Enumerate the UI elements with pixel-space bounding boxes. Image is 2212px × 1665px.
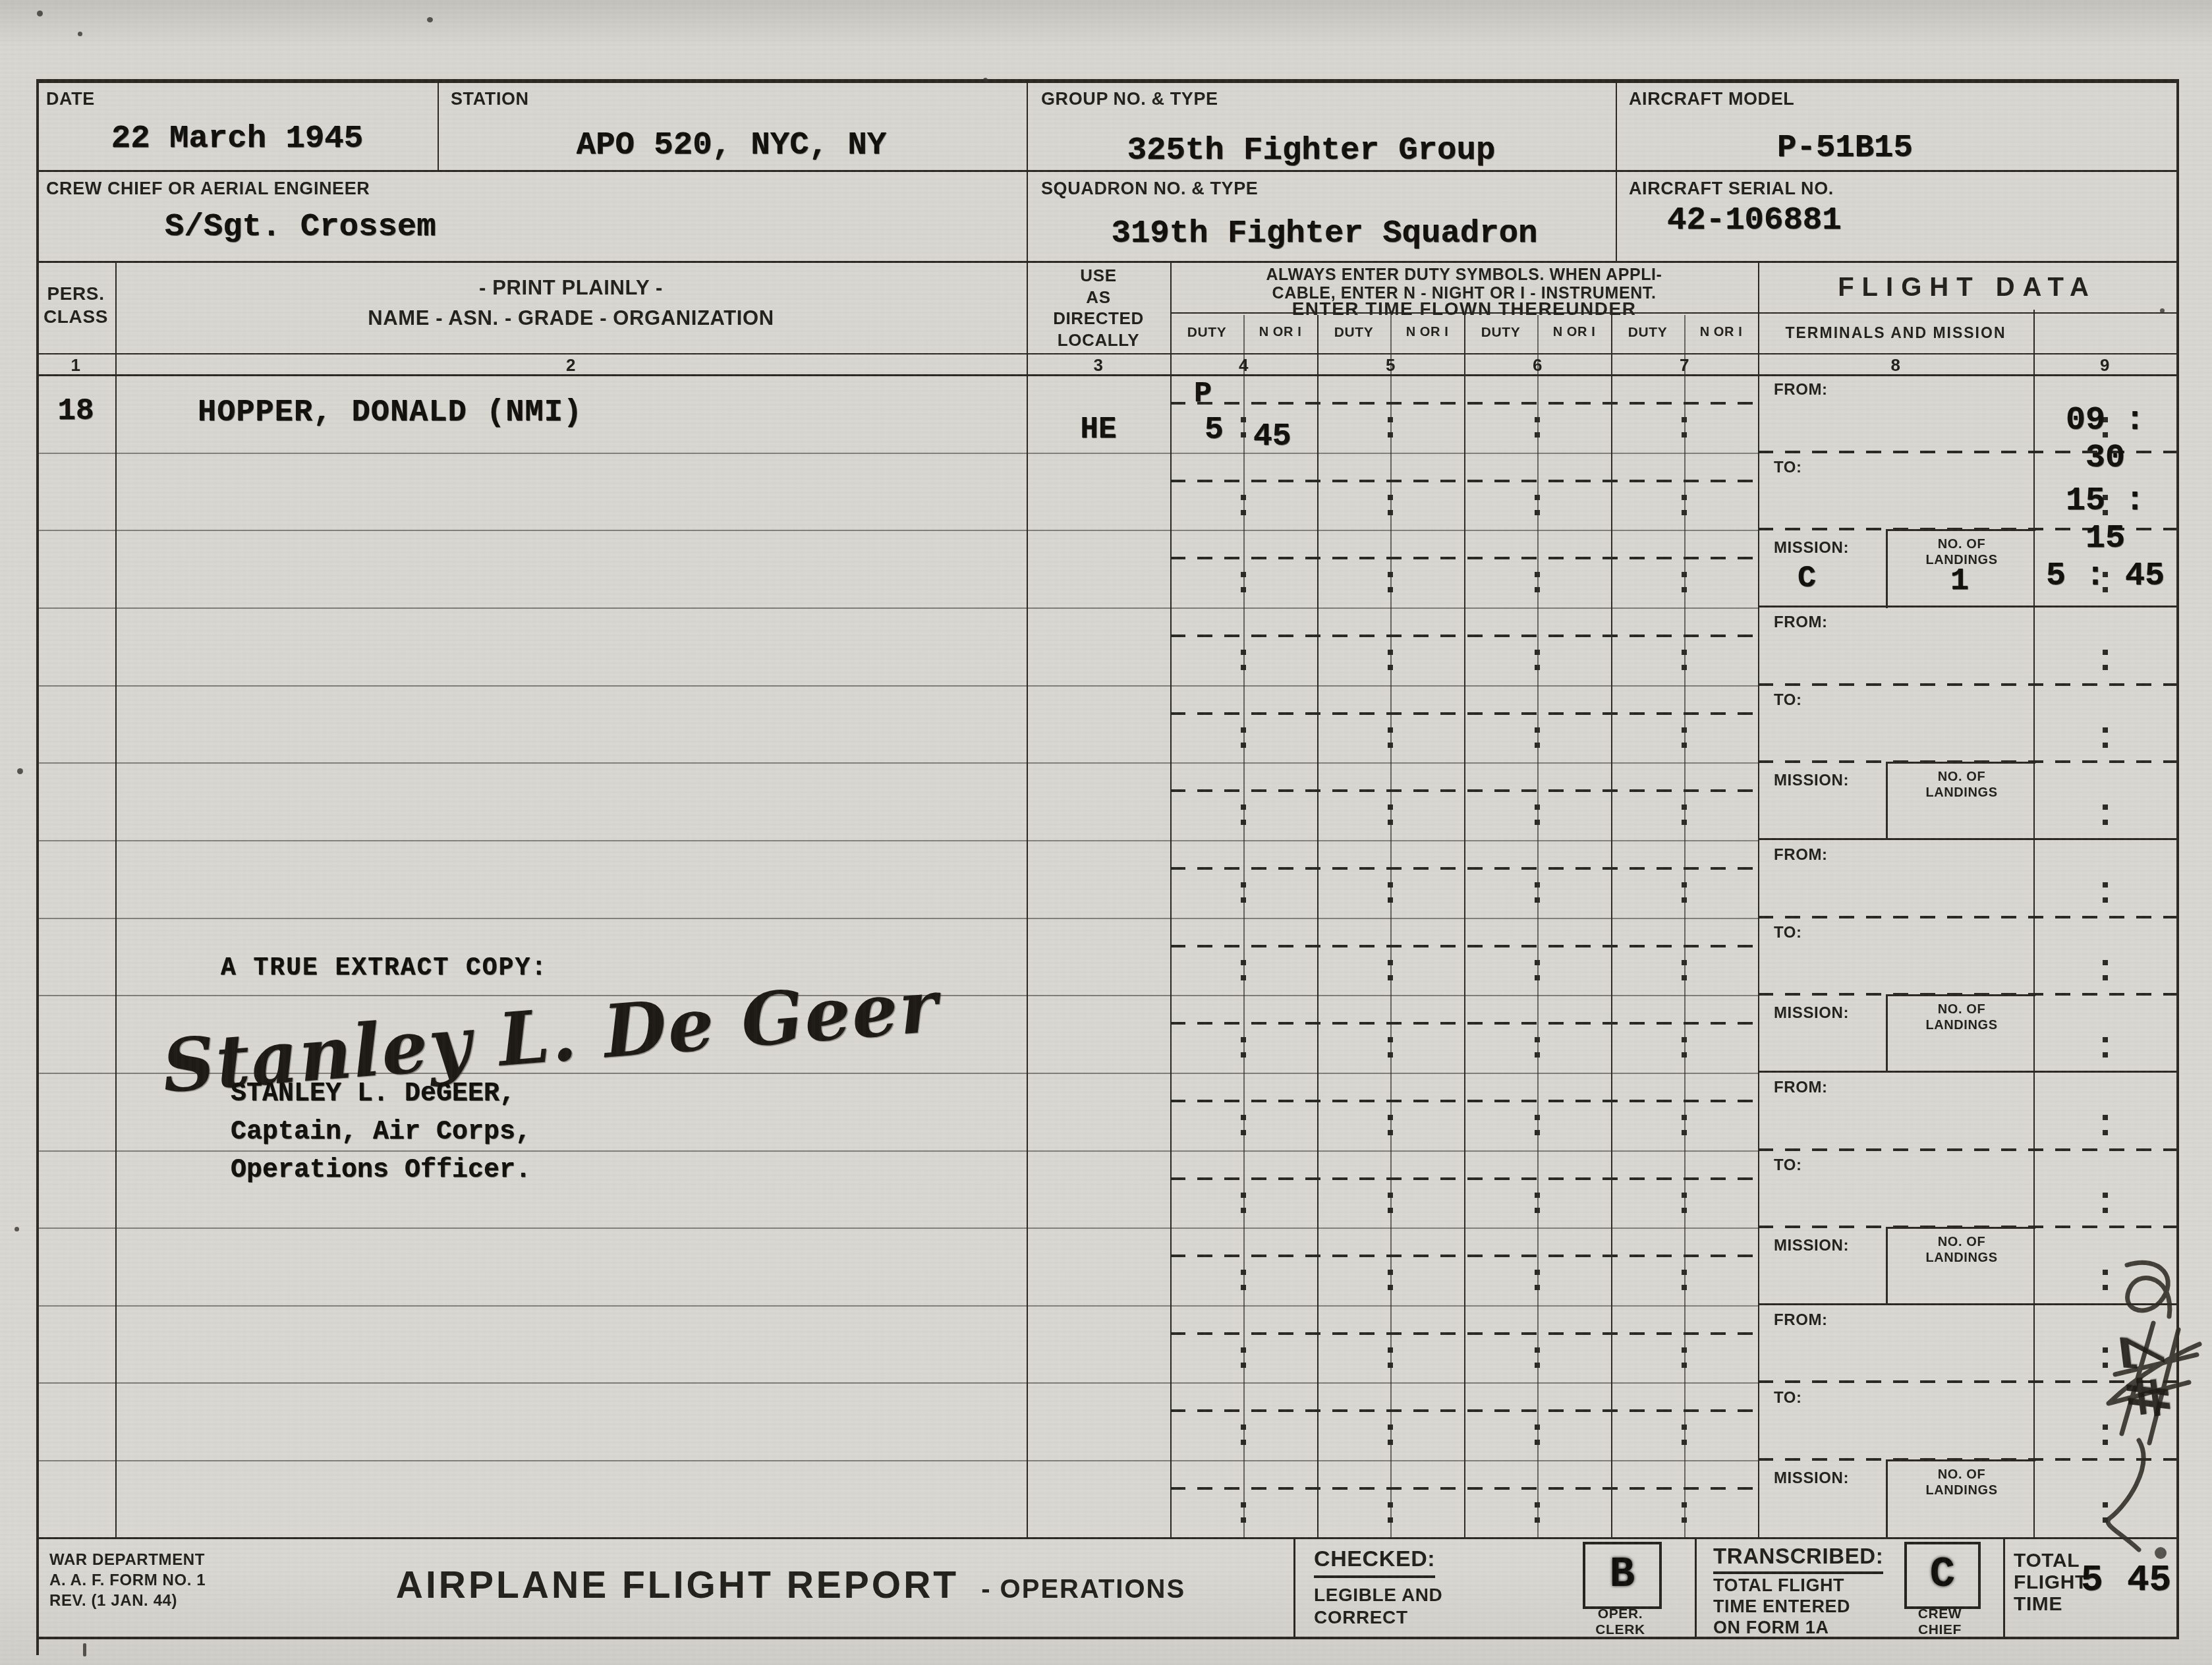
colon-dots <box>1388 376 1393 1537</box>
col-number-1: 1 <box>36 355 115 376</box>
local-use-line2: AS <box>1027 287 1170 308</box>
dashed-line <box>1170 557 1758 559</box>
mission-label: MISSION: <box>1774 772 1849 791</box>
pers-class-line1: PERS. <box>36 282 115 305</box>
col-number-5: 5 <box>1317 355 1464 376</box>
v-line <box>1293 1537 1295 1637</box>
oper-clerk-label-line2: CLERK <box>1577 1622 1663 1638</box>
dashed-line <box>1170 1332 1758 1335</box>
speck <box>2160 308 2165 313</box>
h-line <box>36 261 2176 263</box>
to-label: TO: <box>1774 924 1802 943</box>
entry-from-time: 09 : 30 <box>2036 402 2174 477</box>
nori-subheader: N OR I <box>1243 324 1317 340</box>
pers-class-line2: CLASS <box>36 305 115 328</box>
form-id-line1: WAR DEPARTMENT <box>49 1550 206 1570</box>
transcribed-label: TRANSCRIBED: <box>1713 1543 1883 1574</box>
extract-copy-heading: A TRUE EXTRACT COPY: <box>221 954 548 982</box>
aircraft-serial-label: AIRCRAFT SERIAL NO. <box>1629 178 1834 199</box>
col-number-7: 7 <box>1611 355 1758 376</box>
aircraft-model-value: P-51B15 <box>1687 129 2003 166</box>
v-line <box>1616 80 1617 261</box>
local-use-line4: LOCALLY <box>1027 329 1170 351</box>
crew-chief-label: CREW CHIEF <box>1899 1606 1981 1638</box>
colon-dots <box>1682 376 1687 1537</box>
transcribed-line3: ON FORM 1A <box>1713 1617 1829 1638</box>
duty-subheader: DUTY <box>1611 324 1684 341</box>
signer-typed-name: STANLEY L. DeGEER, <box>231 1079 515 1109</box>
landings-label-line1: NO. OF <box>1888 1234 2035 1250</box>
speck <box>2155 1547 2167 1559</box>
dashed-line <box>1170 867 1758 870</box>
col-number-4: 4 <box>1170 355 1317 376</box>
oper-clerk-initial: B <box>1610 1552 1635 1599</box>
to-label: TO: <box>1774 691 1802 710</box>
speck <box>983 78 988 82</box>
col-number-2: 2 <box>115 355 1027 376</box>
aircraft-serial-value: 42-106881 <box>1667 202 1842 239</box>
landings-label-line1: NO. OF <box>1888 536 2035 552</box>
transcribed-line1: TOTAL FLIGHT <box>1713 1575 1844 1596</box>
speck <box>14 1227 19 1231</box>
crew-chief-label-line2: CHIEF <box>1899 1622 1981 1638</box>
landings-label-line2: LANDINGS <box>1888 785 2035 801</box>
dashed-line <box>1170 945 1758 947</box>
report-title: AIRPLANE FLIGHT REPORT <box>396 1563 959 1608</box>
total-label-line2: FLIGHT <box>2014 1571 2087 1593</box>
speck <box>37 11 43 16</box>
signer-typed-rank: Captain, Air Corps, <box>231 1117 531 1147</box>
station-label: STATION <box>451 88 529 109</box>
local-use-header: USE AS DIRECTED LOCALLY <box>1027 265 1170 351</box>
crew-chief-initial-box: C <box>1904 1542 1981 1609</box>
from-label: FROM: <box>1774 846 1828 865</box>
local-use-line1: USE <box>1027 265 1170 287</box>
nori-subheader: N OR I <box>1537 324 1611 340</box>
margin-note: #7 <box>2076 1245 2212 1555</box>
from-label: FROM: <box>1774 613 1828 633</box>
landings-label-line2: LANDINGS <box>1888 1482 2035 1498</box>
speck <box>78 32 82 36</box>
form-border-bottom <box>36 1637 2179 1639</box>
col-number-9: 9 <box>2033 355 2176 376</box>
entry-to-time: 15 : 15 <box>2036 482 2174 557</box>
transcribed-line2: TIME ENTERED <box>1713 1596 1850 1617</box>
terminals-header: TERMINALS AND MISSION <box>1758 324 2033 343</box>
entry-duty-hours: 5 <box>1205 412 1224 448</box>
entry-local-use: HE <box>1027 412 1170 447</box>
landings-label-line1: NO. OF <box>1888 1002 2035 1017</box>
total-flight-time-label: TOTAL FLIGHT TIME <box>2014 1550 2087 1615</box>
h-line <box>36 170 2176 172</box>
v-line <box>2003 1537 2005 1637</box>
dashed-line <box>1170 1409 1758 1412</box>
group-value: 325th Fighter Group <box>1081 132 1542 169</box>
dashed-line <box>1170 1100 1758 1102</box>
dashed-line <box>1170 635 1758 637</box>
speck <box>17 768 23 774</box>
name-col-header-line2: NAME - ASN. - GRADE - ORGANIZATION <box>115 306 1027 330</box>
total-hours: 5 <box>2081 1559 2103 1601</box>
entry-mission-symbol: C <box>1798 561 1816 596</box>
speck <box>83 1643 86 1656</box>
landings-label-line2: LANDINGS <box>1888 1017 2035 1033</box>
report-title-row: AIRPLANE FLIGHT REPORT - OPERATIONS <box>303 1563 1278 1608</box>
dashed-line <box>1758 1148 2176 1151</box>
h-line <box>36 353 2176 354</box>
duty-note-line1: ALWAYS ENTER DUTY SYMBOLS. WHEN APPLI- <box>1170 265 1758 285</box>
col-number-6: 6 <box>1464 355 1611 376</box>
date-value: 22 March 1945 <box>79 120 395 157</box>
landings-label-line1: NO. OF <box>1888 1467 2035 1482</box>
colon-dots <box>1535 376 1540 1537</box>
landings-label-line2: LANDINGS <box>1888 1250 2035 1266</box>
margin-note-text: #7 <box>2109 1330 2185 1425</box>
oper-clerk-label: OPER. CLERK <box>1577 1606 1663 1638</box>
checked-line2: CORRECT <box>1314 1606 1408 1629</box>
group-label: GROUP NO. & TYPE <box>1041 88 1218 109</box>
to-label: TO: <box>1774 459 1802 478</box>
station-value: APO 520, NYC, NY <box>501 127 962 163</box>
entry-name: HOPPER, DONALD (NMI) <box>198 395 582 430</box>
dashed-line <box>1170 789 1758 792</box>
checked-line1: LEGIBLE AND <box>1314 1584 1442 1606</box>
v-line <box>438 80 439 170</box>
colon-dots <box>1241 376 1246 1537</box>
to-label: TO: <box>1774 1389 1802 1408</box>
oper-clerk-initial-box: B <box>1583 1542 1662 1609</box>
total-label-line3: TIME <box>2014 1593 2087 1615</box>
crew-chief-initial: C <box>1930 1552 1955 1599</box>
aircraft-model-label: AIRCRAFT MODEL <box>1629 88 1794 109</box>
squadron-label: SQUADRON NO. & TYPE <box>1041 178 1258 199</box>
pers-class-header: PERS. CLASS <box>36 282 115 328</box>
speck <box>427 17 433 22</box>
form-id-block: WAR DEPARTMENT A. A. F. FORM NO. 1 REV. … <box>49 1550 206 1612</box>
oper-clerk-label-line1: OPER. <box>1577 1606 1663 1622</box>
mission-label: MISSION: <box>1774 1469 1849 1488</box>
entry-landings: 1 <box>1886 564 2033 599</box>
col-number-3: 3 <box>1027 355 1170 376</box>
nori-subheader: N OR I <box>1684 324 1758 340</box>
dashed-line <box>1170 480 1758 482</box>
v-line <box>1695 1537 1697 1637</box>
dashed-line <box>1758 683 2176 686</box>
mission-label: MISSION: <box>1774 1237 1849 1256</box>
landings-box: NO. OF LANDINGS <box>1886 994 2035 1073</box>
dashed-line <box>1758 916 2176 918</box>
landings-label-line1: NO. OF <box>1888 769 2035 785</box>
date-label: DATE <box>46 88 95 109</box>
dashed-line <box>1170 1487 1758 1490</box>
mission-label: MISSION: <box>1774 1004 1849 1023</box>
name-col-header-line1: - PRINT PLAINLY - <box>115 275 1027 300</box>
from-label: FROM: <box>1774 1311 1828 1330</box>
local-use-line3: DIRECTED <box>1027 308 1170 329</box>
landings-box: NO. OF LANDINGS <box>1886 1227 2035 1305</box>
landings-box: NO. OF LANDINGS <box>1886 762 2035 840</box>
from-label: FROM: <box>1774 381 1828 400</box>
from-label: FROM: <box>1774 1079 1828 1098</box>
signer-typed-title: Operations Officer. <box>231 1156 531 1185</box>
form-id-line2: A. A. F. FORM NO. 1 <box>49 1570 206 1591</box>
entry-duty-minutes: 45 <box>1253 419 1291 455</box>
h-line <box>36 1537 2176 1539</box>
landings-box: NO. OF LANDINGS <box>1886 1459 2035 1538</box>
checked-label: CHECKED: <box>1314 1546 1435 1578</box>
scanned-flight-report-page: DATE 22 March 1945 STATION APO 520, NYC,… <box>0 0 2212 1665</box>
crew-chief-label: CREW CHIEF OR AERIAL ENGINEER <box>46 178 370 199</box>
to-label: TO: <box>1774 1156 1802 1175</box>
dashed-line <box>1170 1022 1758 1025</box>
v-line <box>2033 310 2035 1537</box>
form-border-top <box>36 79 2179 83</box>
form-id-line3: REV. (1 JAN. 44) <box>49 1591 206 1611</box>
entry-mission-time: 5 : 45 <box>2036 557 2174 595</box>
entry-pers-class: 18 <box>36 394 115 428</box>
nori-subheader: N OR I <box>1390 324 1464 340</box>
col-number-8: 8 <box>1758 355 2033 376</box>
dashed-line <box>1170 1177 1758 1180</box>
total-minutes: 45 <box>2127 1559 2171 1601</box>
crew-chief-label-line1: CREW <box>1899 1606 1981 1622</box>
duty-subheader: DUTY <box>1464 324 1537 341</box>
report-title-suffix: - OPERATIONS <box>981 1573 1185 1605</box>
duty-subheader: DUTY <box>1317 324 1390 341</box>
duty-subheader: DUTY <box>1170 324 1243 341</box>
mission-label: MISSION: <box>1774 539 1849 558</box>
entry-duty-symbol: P <box>1194 377 1212 410</box>
flight-data-header: FLIGHT DATA <box>1758 271 2176 303</box>
dashed-line <box>1170 1255 1758 1257</box>
squadron-value: 319th Fighter Squadron <box>1081 215 1568 252</box>
crew-chief-value: S/Sgt. Crossem <box>165 208 436 245</box>
dashed-line <box>1170 402 1758 405</box>
dashed-line <box>1170 712 1758 715</box>
duty-note-line3: ENTER TIME FLOWN THEREUNDER <box>1170 298 1758 320</box>
